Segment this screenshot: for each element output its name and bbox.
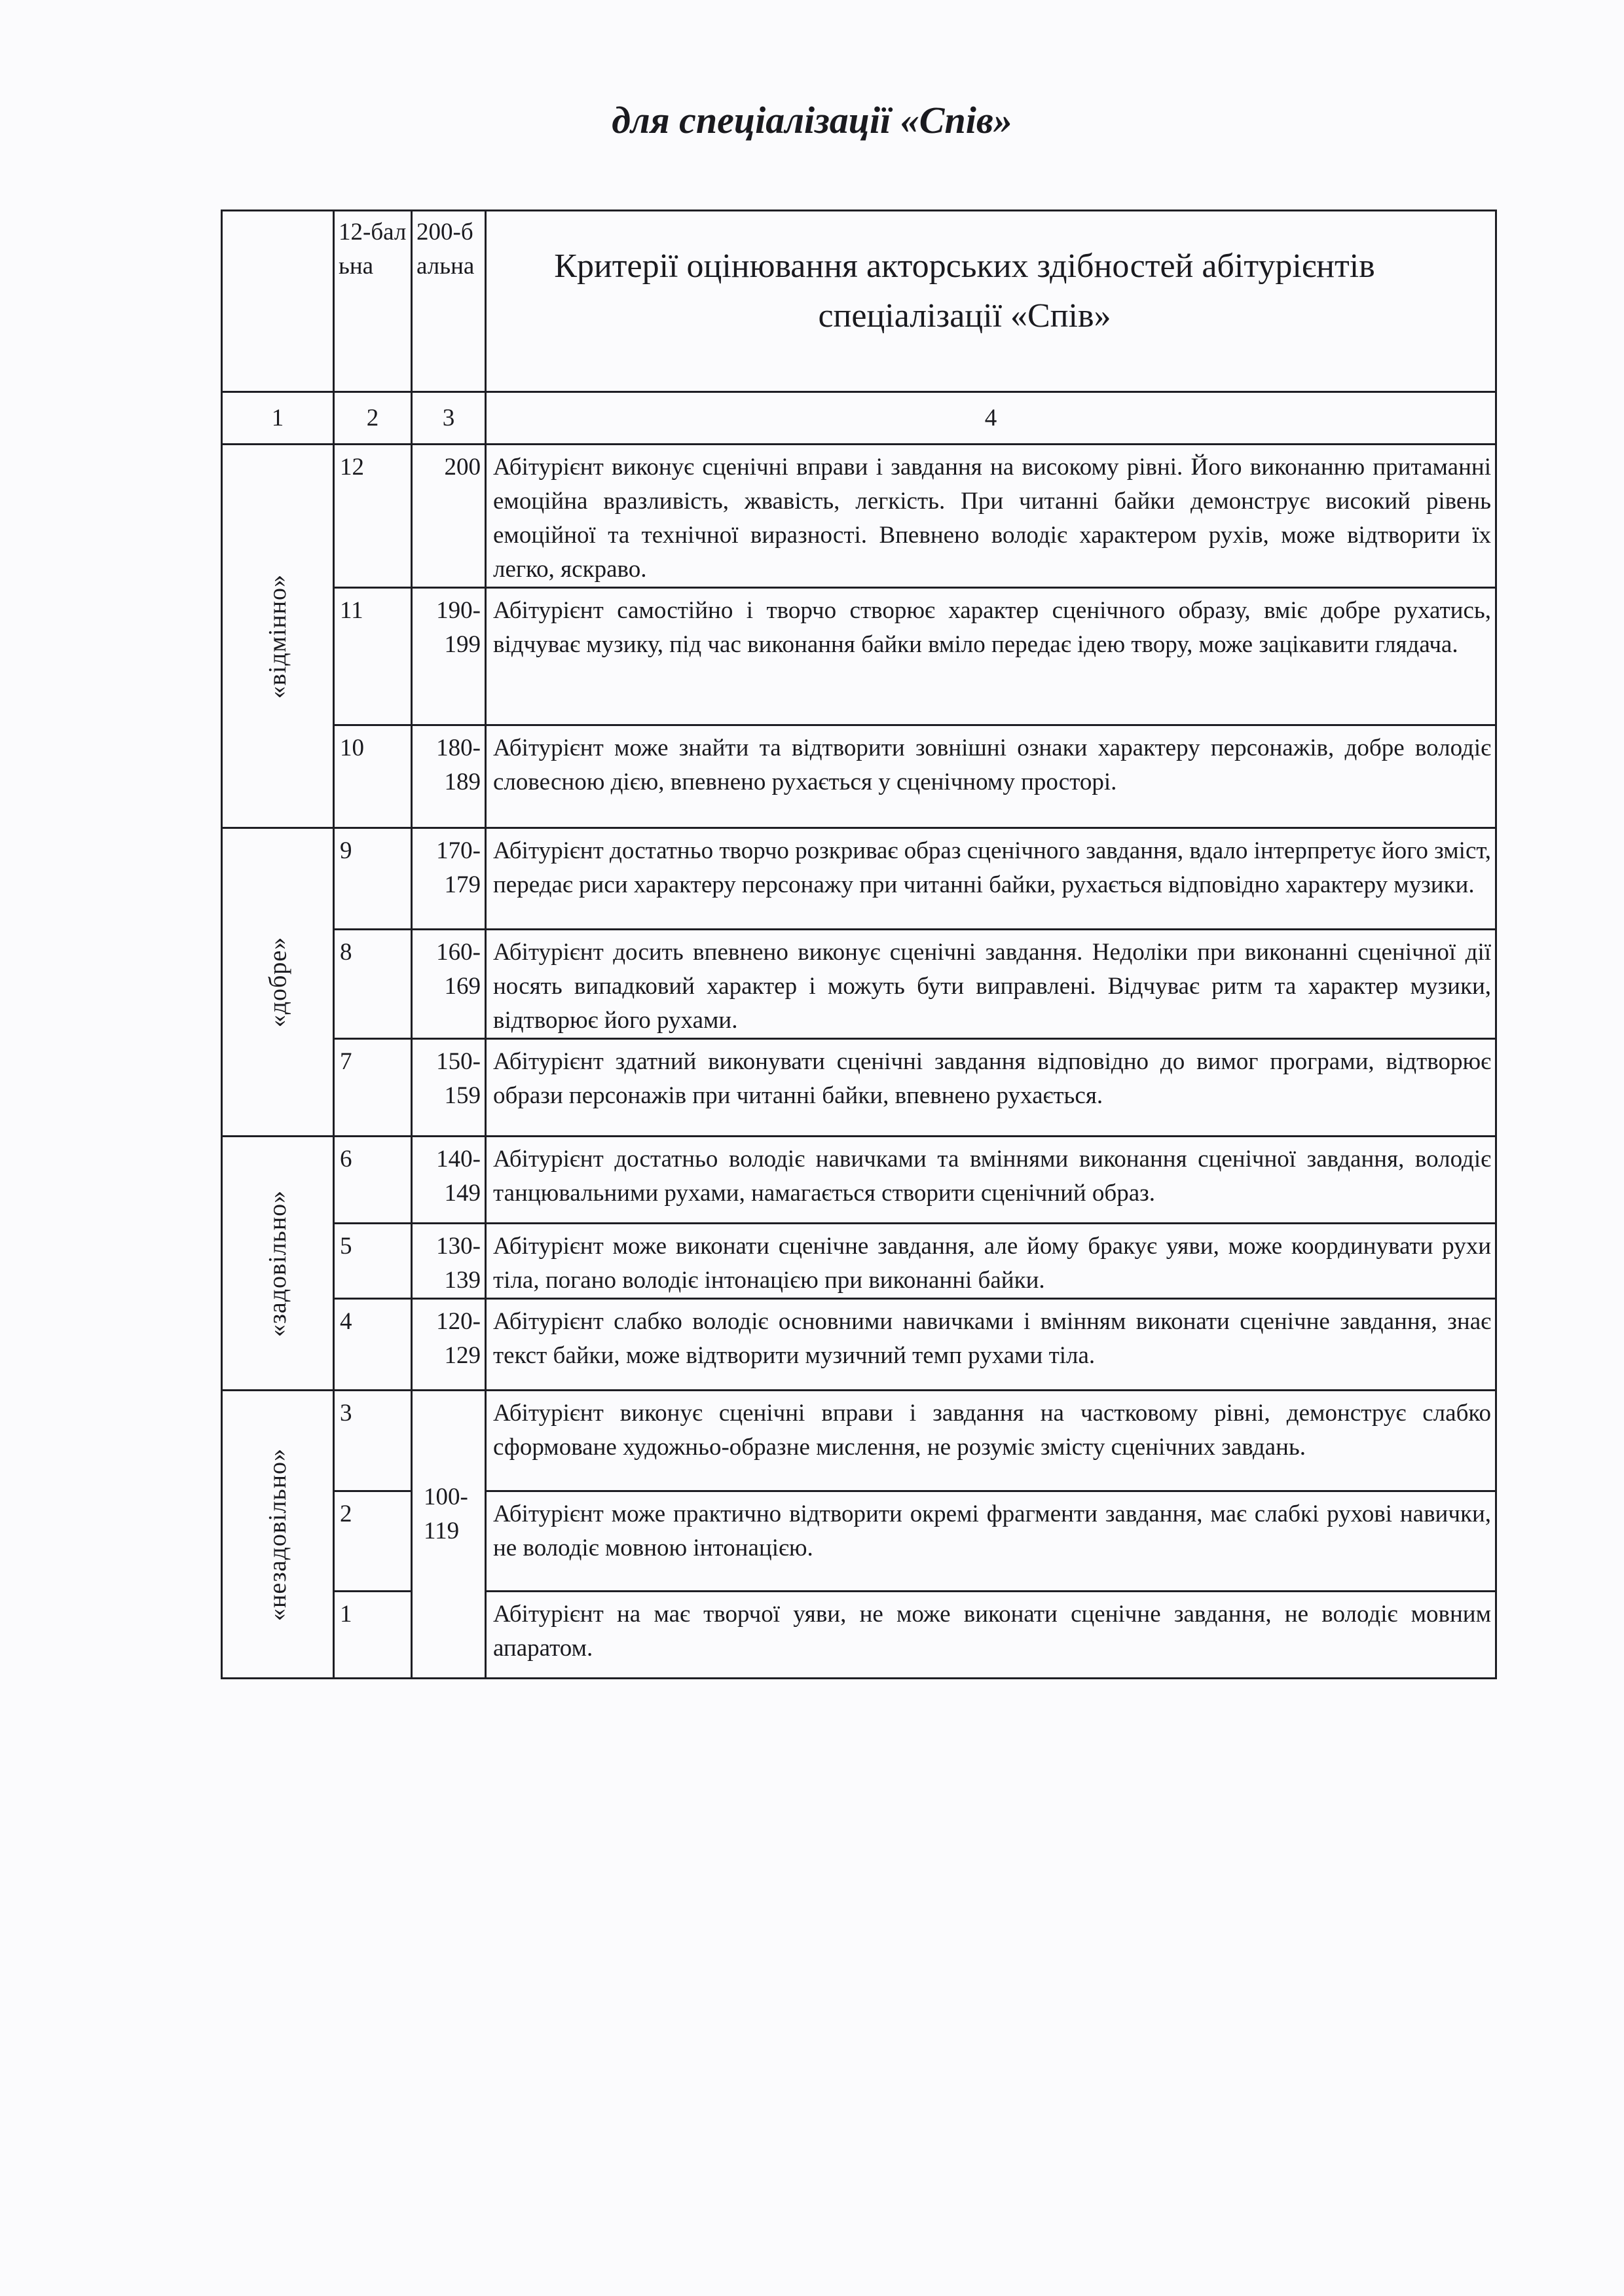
score-200-shared-text: 100-119 (424, 1480, 470, 1548)
score-12: 11 (334, 588, 412, 725)
grade-cell: «відмінно» (222, 445, 334, 828)
grade-cell: «незадовільно» (222, 1391, 334, 1679)
criteria-description: Абітурієнт може знайти та відтворити зов… (486, 725, 1496, 828)
criteria-title-text: Критерії оцінювання акторських здібносте… (487, 242, 1495, 341)
grade-label: «добре» (261, 937, 295, 1028)
grade-label: «задовільно» (261, 1190, 295, 1336)
score-200: 200 (412, 445, 486, 588)
grade-cell: «задовільно» (222, 1137, 334, 1391)
score-200: 120-129 (412, 1299, 486, 1391)
table-row: 7 150-159 Абітурієнт здатний виконувати … (222, 1039, 1496, 1137)
criteria-description: Абітурієнт на має творчої уяви, не може … (486, 1592, 1496, 1679)
grade-label: «відмінно» (261, 574, 295, 698)
score-200: 180-189 (412, 725, 486, 828)
col-number: 1 (222, 392, 334, 445)
criteria-description: Абітурієнт може виконати сценічне завдан… (486, 1224, 1496, 1299)
score-12: 4 (334, 1299, 412, 1391)
table-row: 10 180-189 Абітурієнт може знайти та від… (222, 725, 1496, 828)
score-200: 170-179 (412, 828, 486, 930)
score-200: 190-199 (412, 588, 486, 725)
score-200: 130-139 (412, 1224, 486, 1299)
score-12: 8 (334, 930, 412, 1039)
header-grade-cell (222, 211, 334, 392)
header-12-point-scale: 12-бальна (334, 211, 412, 392)
score-12: 9 (334, 828, 412, 930)
column-numbering-row: 1 2 3 4 (222, 392, 1496, 445)
score-12: 12 (334, 445, 412, 588)
score-200: 140-149 (412, 1137, 486, 1224)
grade-cell: «добре» (222, 828, 334, 1137)
score-200-shared: 100-119 (412, 1391, 486, 1679)
table-row: «задовільно» 6 140-149 Абітурієнт достат… (222, 1137, 1496, 1224)
col-number: 2 (334, 392, 412, 445)
table-row: 8 160-169 Абітурієнт досить впевнено вик… (222, 930, 1496, 1039)
criteria-description: Абітурієнт може практично відтворити окр… (486, 1491, 1496, 1592)
criteria-description: Абітурієнт самостійно і творчо створює х… (486, 588, 1496, 725)
score-12: 10 (334, 725, 412, 828)
score-12: 1 (334, 1592, 412, 1679)
criteria-description: Абітурієнт достатньо володіє навичками т… (486, 1137, 1496, 1224)
criteria-description: Абітурієнт здатний виконувати сценічні з… (486, 1039, 1496, 1137)
header-row: 12-бальна 200-бальна Критерії оцінювання… (222, 211, 1496, 392)
score-12: 6 (334, 1137, 412, 1224)
criteria-description: Абітурієнт достатньо творчо розкриває об… (486, 828, 1496, 930)
criteria-table: 12-бальна 200-бальна Критерії оцінювання… (221, 210, 1497, 1679)
score-12: 7 (334, 1039, 412, 1137)
criteria-description: Абітурієнт слабко володіє основними нави… (486, 1299, 1496, 1391)
score-200: 160-169 (412, 930, 486, 1039)
criteria-description: Абітурієнт виконує сценічні вправи і зав… (486, 1391, 1496, 1491)
header-200-point-scale: 200-бальна (412, 211, 486, 392)
score-200: 150-159 (412, 1039, 486, 1137)
score-12: 3 (334, 1391, 412, 1491)
grade-label: «незадовільно» (261, 1448, 295, 1620)
table-row: 5 130-139 Абітурієнт може виконати сцені… (222, 1224, 1496, 1299)
table-row: «добре» 9 170-179 Абітурієнт достатньо т… (222, 828, 1496, 930)
criteria-description: Абітурієнт досить впевнено виконує сцені… (486, 930, 1496, 1039)
score-12: 2 (334, 1491, 412, 1592)
criteria-description: Абітурієнт виконує сценічні вправи і зав… (486, 445, 1496, 588)
score-12: 5 (334, 1224, 412, 1299)
header-criteria-title: Критерії оцінювання акторських здібносте… (486, 211, 1496, 392)
col-number: 4 (486, 392, 1496, 445)
table-row: «незадовільно» 3 100-119 Абітурієнт вико… (222, 1391, 1496, 1491)
page-heading: для спеціалізації «Спів» (0, 98, 1624, 142)
table-row: «відмінно» 12 200 Абітурієнт виконує сце… (222, 445, 1496, 588)
table-row: 11 190-199 Абітурієнт самостійно і творч… (222, 588, 1496, 725)
table-row: 4 120-129 Абітурієнт слабко володіє осно… (222, 1299, 1496, 1391)
col-number: 3 (412, 392, 486, 445)
